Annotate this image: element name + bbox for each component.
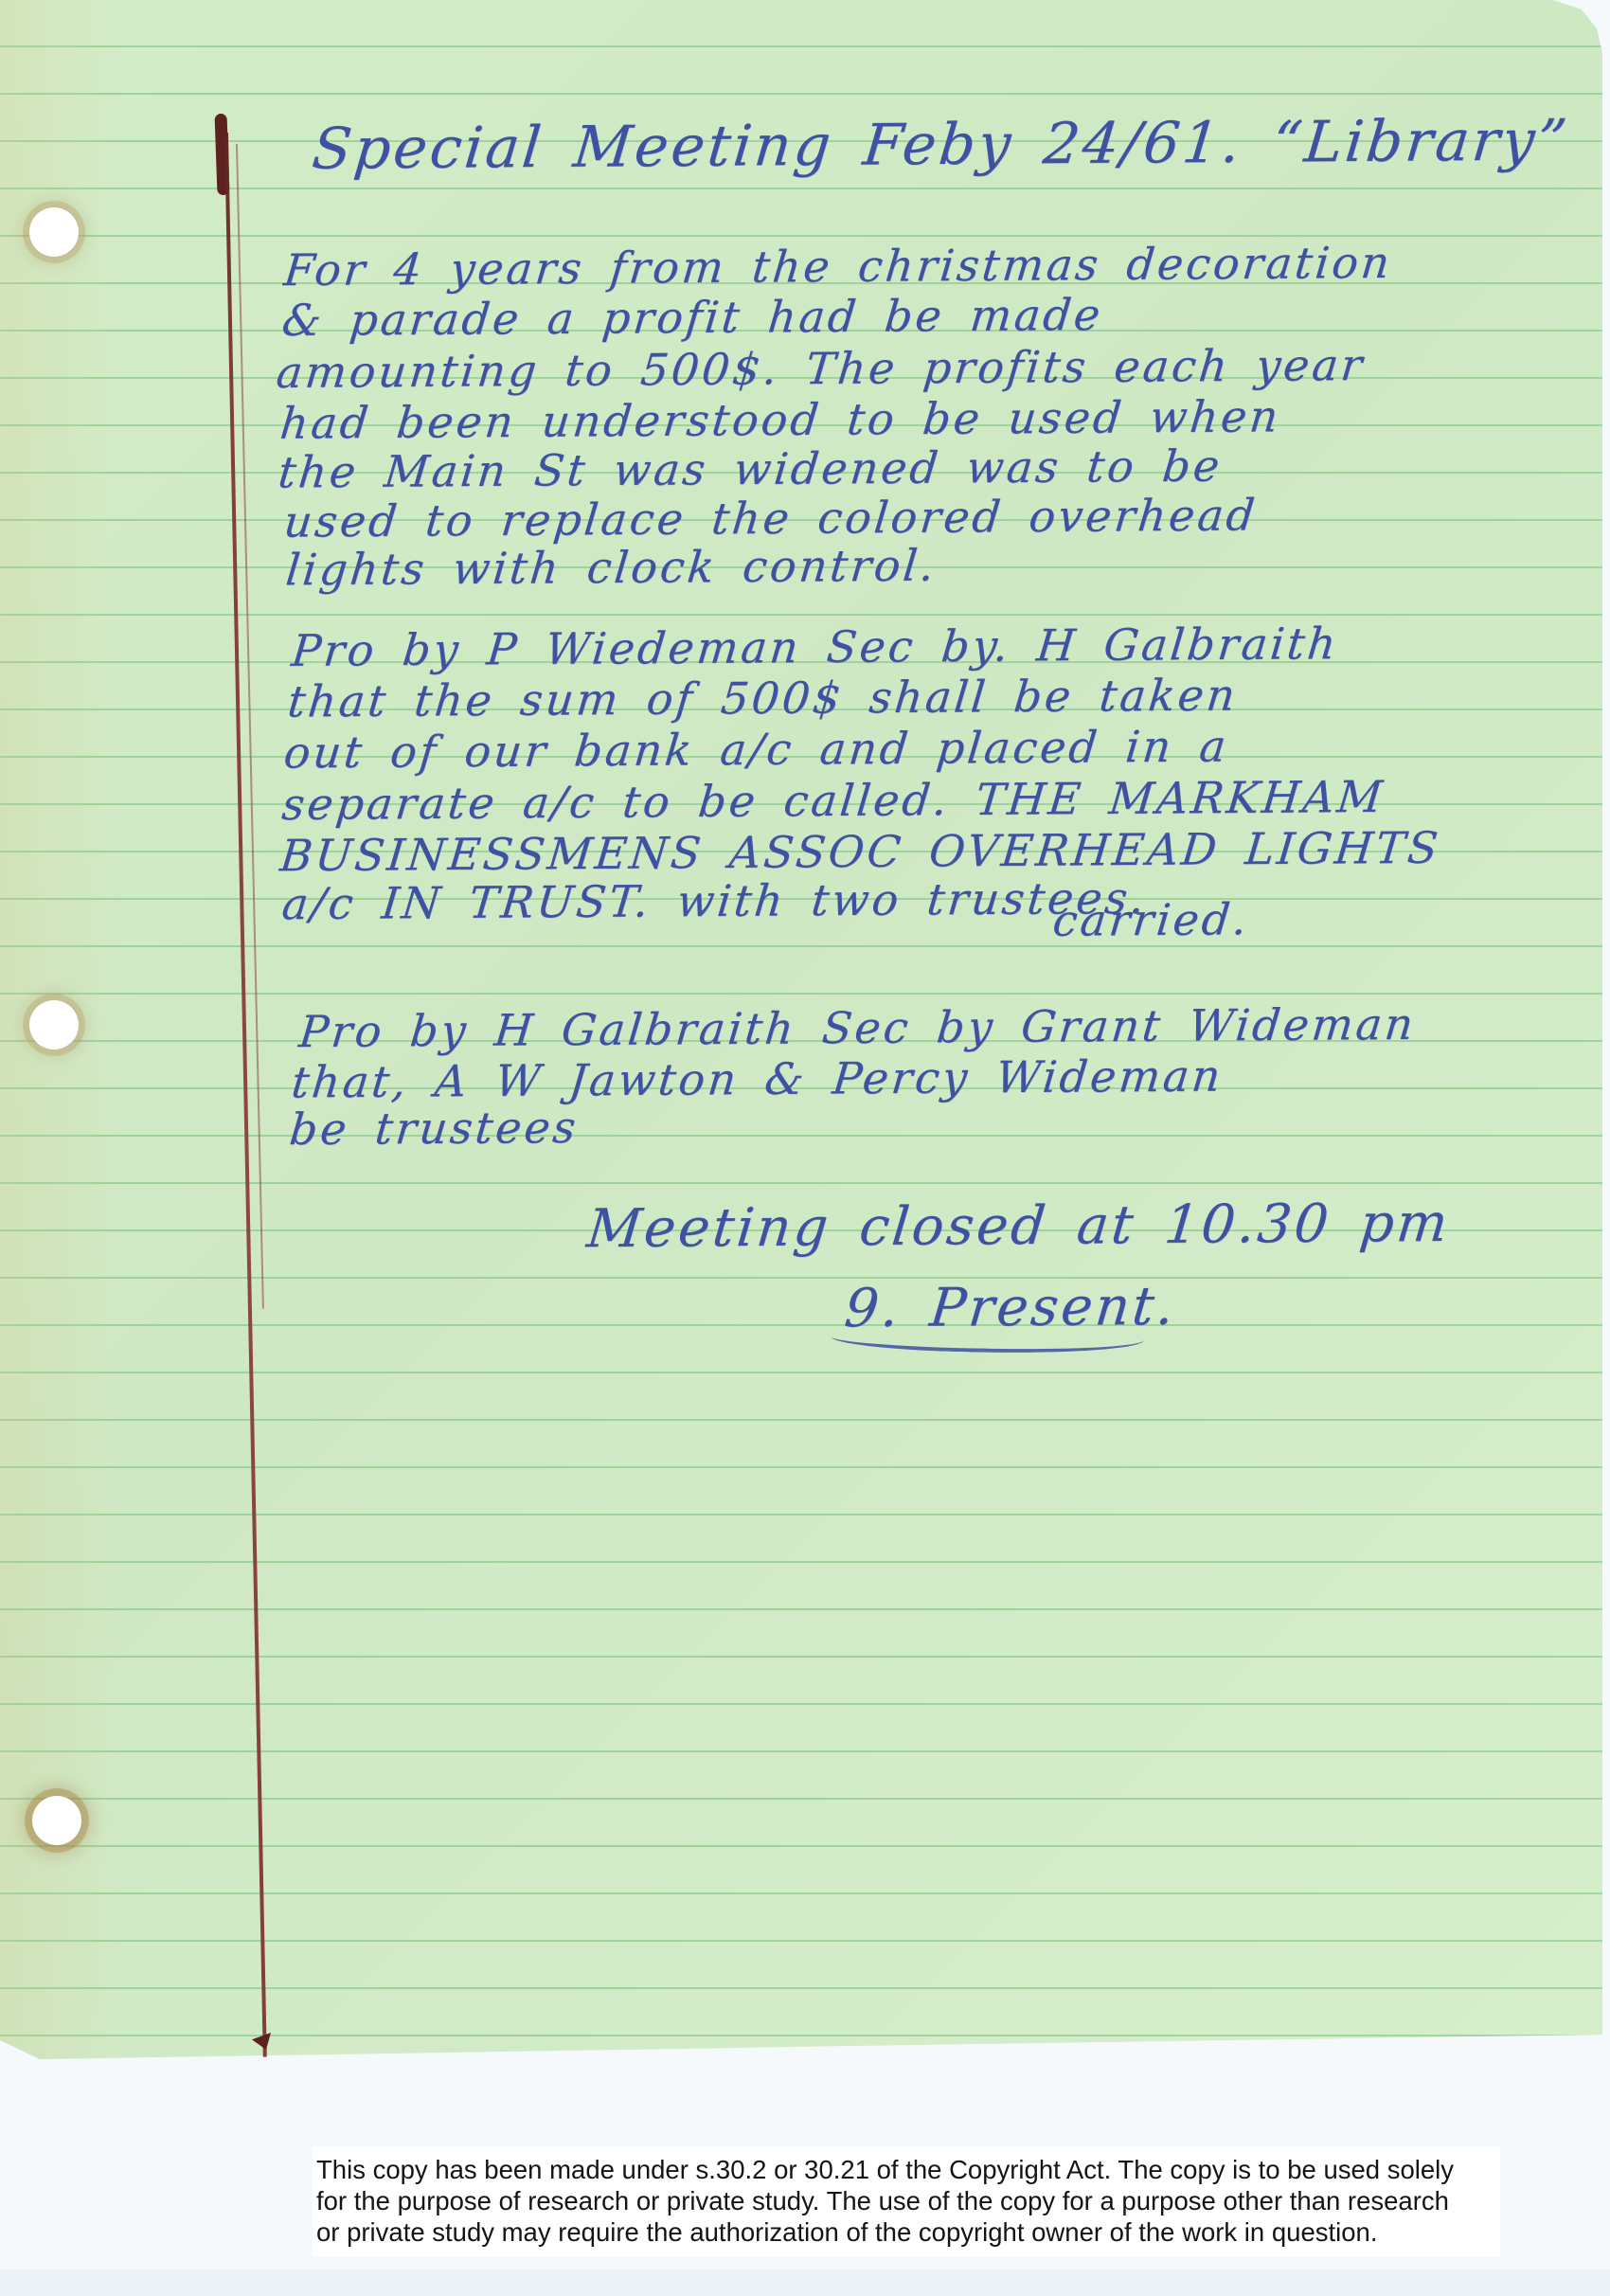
- punch-hole-middle: [29, 1000, 79, 1049]
- punch-hole-top: [29, 207, 79, 257]
- handwritten-line: amounting to 500$. The profits each year: [275, 343, 1368, 394]
- handwritten-line: Pro by P Wiedeman Sec by. H Galbraith: [290, 621, 1341, 673]
- copyright-notice-line: This copy has been made under s.30.2 or …: [316, 2154, 1491, 2185]
- handwritten-line: be trustees: [288, 1105, 581, 1151]
- copyright-notice-line: or private study may require the authori…: [316, 2216, 1491, 2248]
- handwritten-line: used to replace the colored overhead: [282, 493, 1260, 543]
- handwritten-line: & parade a profit had be made: [280, 293, 1105, 342]
- handwritten-line: had been understood to be used when: [278, 394, 1283, 444]
- meeting-title-line: Special Meeting Feby 24/61. “Library”: [310, 107, 1573, 182]
- scanner-bed-strip: [0, 2269, 1610, 2296]
- handwritten-line: a/c IN TRUST. with two trustees.: [280, 876, 1149, 925]
- handwritten-line: the Main St was widened was to be: [277, 444, 1225, 494]
- meeting-closed-line: Meeting closed at 10.30 pm: [584, 1193, 1453, 1260]
- handwritten-line: that the sum of 500$ shall be taken: [286, 673, 1240, 723]
- handwritten-line: separate a/c to be called. THE MARKHAM: [280, 775, 1387, 826]
- handwritten-line: Pro by H Galbraith Sec by Grant Wideman: [297, 1002, 1418, 1053]
- handwritten-line: lights with clock control.: [284, 544, 939, 592]
- punch-hole-bottom: [32, 1796, 81, 1845]
- copyright-notice-line: for the purpose of research or private s…: [316, 2185, 1491, 2216]
- handwritten-line-carried: carried.: [1051, 897, 1252, 942]
- handwritten-line: BUSINESSMENS ASSOC OVERHEAD LIGHTS: [278, 826, 1442, 878]
- copyright-notice: This copy has been made under s.30.2 or …: [313, 2146, 1500, 2257]
- scanned-document-canvas: Special Meeting Feby 24/61. “Library” Fo…: [0, 0, 1610, 2296]
- handwritten-line: For 4 years from the christmas decoratio…: [282, 241, 1394, 292]
- handwritten-line: that, A W Jawton & Percy Wideman: [290, 1054, 1225, 1104]
- handwritten-line: out of our bank a/c and placed in a: [282, 725, 1231, 775]
